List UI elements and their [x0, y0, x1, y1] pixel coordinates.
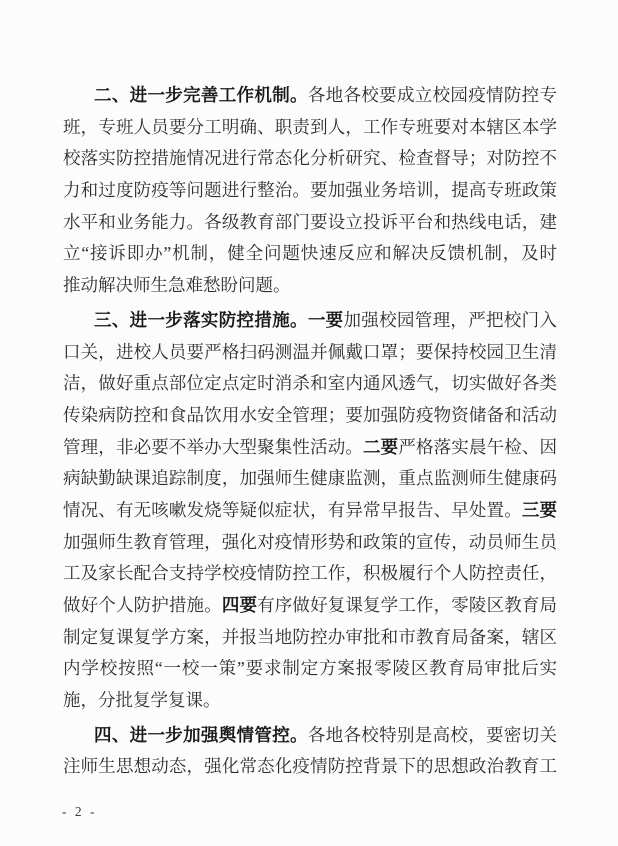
text-line: 加强师生教育管理，强化对疫情形势和政策的宣传，动员师生员	[63, 527, 557, 559]
text-segment: 工及家长配合支持学校疫情防控工作，积极履行个人防控责任，	[63, 563, 557, 583]
text-line: 传染病防控和食品饮用水安全管理；要加强防疫物资储备和活动	[63, 400, 557, 432]
text-segment: 传染病防控和食品饮用水安全管理；要加强防疫物资储备和活动	[63, 405, 557, 425]
text-line: 二、进一步完善工作机制。各地各校要成立校园疫情防控专	[63, 80, 557, 112]
text-line: 水平和业务能力。各级教育部门要设立投诉平台和热线电话，建	[63, 207, 557, 239]
bold-heading-segment: 三要	[522, 500, 557, 520]
text-segment: 各地各校特别是高校，要密切关	[308, 725, 557, 745]
text-line: 管理，非必要不举办大型聚集性活动。二要严格落实晨午检、因	[63, 432, 557, 464]
text-segment: 各地各校要成立校园疫情防控专	[308, 85, 557, 105]
bold-heading-segment: 二、进一步完善工作机制。	[94, 85, 308, 105]
bold-heading-segment: 三、进一步落实防控措施。	[94, 310, 308, 330]
text-segment: 情况、有无咳嗽发烧等疑似症状，有异常早报告、早处置。	[63, 500, 522, 520]
text-segment: 洁，做好重点部位定点定时消杀和室内通风透气，切实做好各类	[63, 373, 557, 393]
text-line: 制定复课复学方案，并报当地防控办审批和市教育局备案，辖区	[63, 622, 557, 654]
text-segment: 加强校园管理，严把校门入	[343, 310, 557, 330]
text-segment: 内学校按照“一校一策”要求制定方案报零陵区教育局审批后实	[63, 658, 557, 678]
text-segment: 施，分批复学复课。	[63, 690, 221, 710]
text-line: 口关，进校人员要严格扫码测温并佩戴口罩；要保持校园卫生清	[63, 337, 557, 369]
text-line: 施，分批复学复课。	[63, 685, 557, 717]
bold-heading-segment: 二要	[363, 437, 398, 457]
text-segment: 管理，非必要不举办大型聚集性活动。	[63, 437, 363, 457]
text-line: 做好个人防护措施。四要有序做好复课复学工作，零陵区教育局	[63, 590, 557, 622]
text-line: 力和过度防疫等问题进行整治。要加强业务培训，提高专班政策	[63, 175, 557, 207]
bold-heading-segment: 四要	[222, 595, 257, 615]
text-line: 四、进一步加强舆情管控。各地各校特别是高校，要密切关	[63, 720, 557, 752]
text-segment: 力和过度防疫等问题进行整治。要加强业务培训，提高专班政策	[63, 180, 557, 200]
text-segment: 有序做好复课复学工作，零陵区教育局	[257, 595, 557, 615]
text-segment: 班，专班人员要分工明确、职责到人，工作专班要对本辖区本学	[63, 117, 557, 137]
text-line: 情况、有无咳嗽发烧等疑似症状，有异常早报告、早处置。三要	[63, 495, 557, 527]
text-segment: 制定复课复学方案，并报当地防控办审批和市教育局备案，辖区	[63, 627, 557, 647]
text-line: 病缺勤缺课追踪制度，加强师生健康监测，重点监测师生健康码	[63, 463, 557, 495]
text-segment: 严格落实晨午检、因	[398, 437, 557, 457]
text-segment: 做好个人防护措施。	[63, 595, 222, 615]
text-line: 注师生思想动态，强化常态化疫情防控背景下的思想政治教育工	[63, 751, 557, 783]
text-segment: 加强师生教育管理，强化对疫情形势和政策的宣传，动员师生员	[63, 532, 557, 552]
text-segment: 校落实防控措施情况进行常态化分析研究、检查督导；对防控不	[63, 148, 557, 168]
text-line: 工及家长配合支持学校疫情防控工作，积极履行个人防控责任，	[63, 558, 557, 590]
document-body: 二、进一步完善工作机制。各地各校要成立校园疫情防控专班，专班人员要分工明确、职责…	[63, 80, 557, 783]
bold-heading-segment: 四、进一步加强舆情管控。	[94, 725, 308, 745]
text-line: 内学校按照“一校一策”要求制定方案报零陵区教育局审批后实	[63, 653, 557, 685]
text-segment: 水平和业务能力。各级教育部门要设立投诉平台和热线电话，建	[63, 212, 557, 232]
bold-heading-segment: 一要	[308, 310, 344, 330]
text-segment: 注师生思想动态，强化常态化疫情防控背景下的思想政治教育工	[63, 756, 557, 776]
text-segment: 病缺勤缺课追踪制度，加强师生健康监测，重点监测师生健康码	[63, 468, 557, 488]
paragraph: 二、进一步完善工作机制。各地各校要成立校园疫情防控专班，专班人员要分工明确、职责…	[63, 80, 557, 302]
paragraph: 四、进一步加强舆情管控。各地各校特别是高校，要密切关注师生思想动态，强化常态化疫…	[63, 720, 557, 783]
text-line: 立“接诉即办”机制，健全问题快速反应和解决反馈机制，及时	[63, 238, 557, 270]
page-number: - 2 -	[62, 804, 97, 820]
text-segment: 口关，进校人员要严格扫码测温并佩戴口罩；要保持校园卫生清	[63, 342, 557, 362]
text-segment: 推动解决师生急难愁盼问题。	[63, 275, 291, 295]
text-line: 班，专班人员要分工明确、职责到人，工作专班要对本辖区本学	[63, 112, 557, 144]
paragraph: 三、进一步落实防控措施。一要加强校园管理，严把校门入口关，进校人员要严格扫码测温…	[63, 305, 557, 717]
document-page: 二、进一步完善工作机制。各地各校要成立校园疫情防控专班，专班人员要分工明确、职责…	[0, 0, 618, 846]
text-line: 校落实防控措施情况进行常态化分析研究、检查督导；对防控不	[63, 143, 557, 175]
text-line: 三、进一步落实防控措施。一要加强校园管理，严把校门入	[63, 305, 557, 337]
text-line: 推动解决师生急难愁盼问题。	[63, 270, 557, 302]
text-line: 洁，做好重点部位定点定时消杀和室内通风透气，切实做好各类	[63, 368, 557, 400]
text-segment: 立“接诉即办”机制，健全问题快速反应和解决反馈机制，及时	[63, 243, 557, 263]
